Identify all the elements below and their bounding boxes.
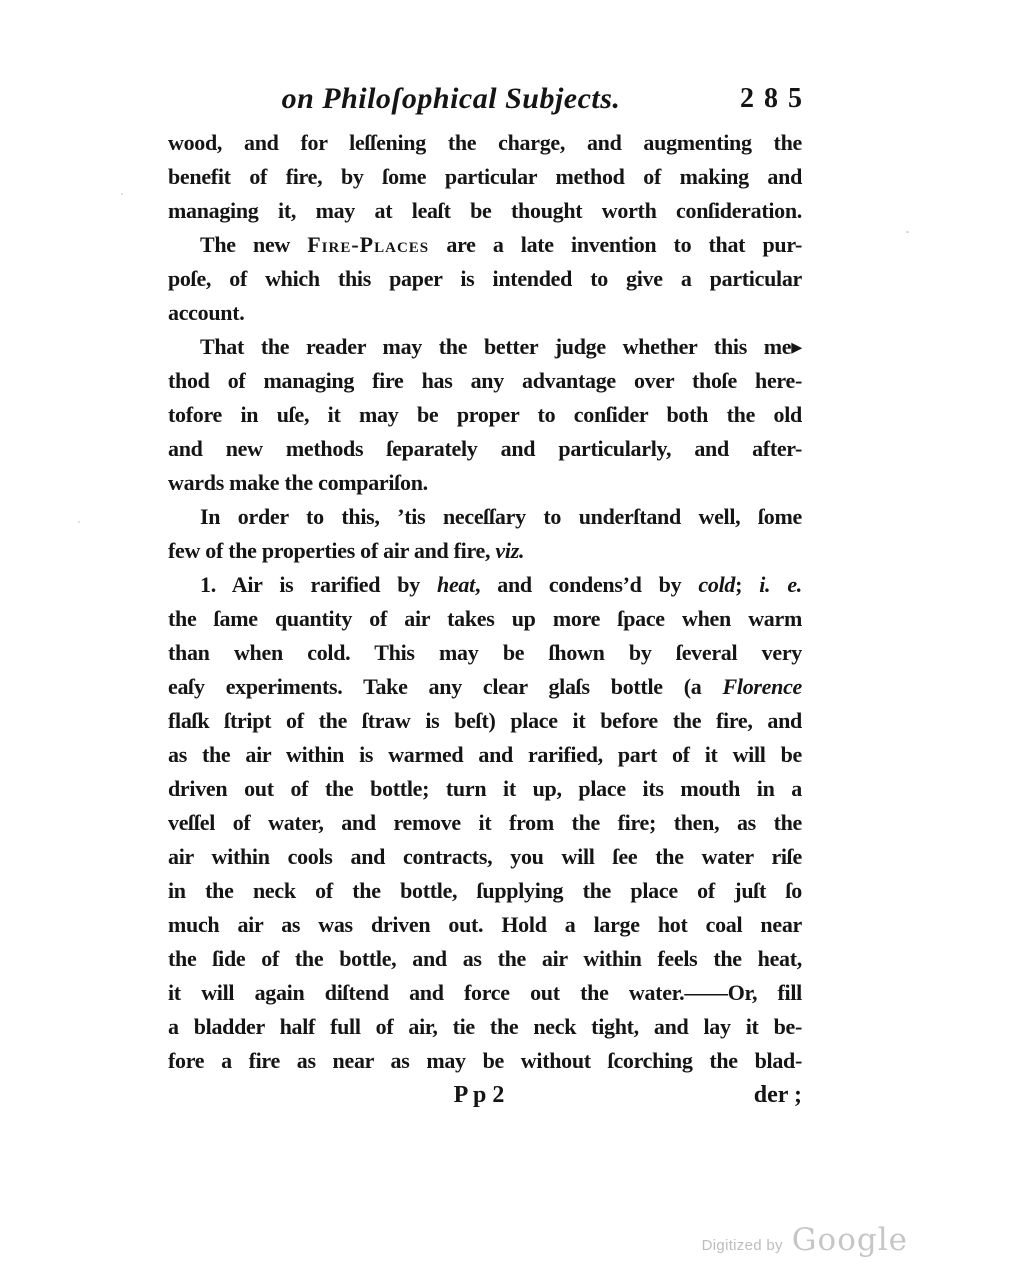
text-segment: account. bbox=[168, 300, 244, 325]
text-line: driven out of the bottle; turn it up, pl… bbox=[168, 772, 802, 806]
text-line: the ſame quantity of air takes up more ſ… bbox=[168, 602, 802, 636]
page-header: on Philoſophical Subjects. 285 bbox=[168, 82, 802, 118]
text-line: managing it, may at leaſt be thought wor… bbox=[168, 194, 802, 228]
page-body: wood, and for leſſening the charge, and … bbox=[168, 126, 802, 1078]
signature-mark: P p 2 bbox=[454, 1078, 505, 1112]
text-segment: driven out of the bottle; turn it up, pl… bbox=[168, 776, 802, 801]
text-segment: than when cold. This may be ſhown by ſev… bbox=[168, 640, 802, 665]
text-segment: air within cools and contracts, you will… bbox=[168, 844, 802, 869]
text-line: 1. Air is rarified by heat, and condens’… bbox=[168, 568, 802, 602]
text-line: benefit of fire, by ſome particular meth… bbox=[168, 160, 802, 194]
text-line: poſe, of which this paper is intended to… bbox=[168, 262, 802, 296]
text-segment: tofore in uſe, it may be proper to conſi… bbox=[168, 402, 802, 427]
text-segment: thod of managing fire has any advantage … bbox=[168, 368, 802, 393]
italic-text: viz. bbox=[495, 538, 524, 563]
scan-speck bbox=[78, 521, 80, 523]
text-segment: the ſide of the bottle, and as the air w… bbox=[168, 946, 802, 971]
text-segment: few of the properties of air and fire, bbox=[168, 538, 495, 563]
text-line: That the reader may the better judge whe… bbox=[168, 330, 802, 364]
italic-text: i. e. bbox=[759, 572, 802, 597]
text-line: thod of managing fire has any advantage … bbox=[168, 364, 802, 398]
text-segment: flaſk ſtript of the ſtraw is beſt) place… bbox=[168, 708, 802, 733]
text-segment: 1. Air is rarified by bbox=[200, 572, 437, 597]
text-segment: managing it, may at leaſt be thought wor… bbox=[168, 198, 802, 223]
text-segment: ; bbox=[735, 572, 759, 597]
text-segment: fore a fire as near as may be without ſc… bbox=[168, 1048, 802, 1073]
text-segment: In order to this, ’tis neceſſary to unde… bbox=[200, 504, 802, 529]
text-line: wood, and for leſſening the charge, and … bbox=[168, 126, 802, 160]
text-line: veſſel of water, and remove it from the … bbox=[168, 806, 802, 840]
text-segment: it will again diſtend and force out the … bbox=[168, 980, 802, 1005]
text-segment: That the reader may the better judge whe… bbox=[200, 334, 802, 359]
scan-speck bbox=[906, 231, 909, 233]
text-line: much air as was driven out. Hold a large… bbox=[168, 908, 802, 942]
text-segment: , and condens’d by bbox=[475, 572, 698, 597]
italic-text: heat bbox=[437, 572, 475, 597]
text-segment: benefit of fire, by ſome particular meth… bbox=[168, 164, 802, 189]
text-line: as the air within is warmed and rarified… bbox=[168, 738, 802, 772]
text-segment: eaſy experiments. Take any clear glaſs b… bbox=[168, 674, 723, 699]
text-segment: wood, and for leſſening the charge, and … bbox=[168, 130, 802, 155]
running-title: on Philoſophical Subjects. bbox=[282, 82, 621, 116]
text-segment: much air as was driven out. Hold a large… bbox=[168, 912, 802, 937]
text-segment: are a late invention to that pur- bbox=[429, 232, 802, 257]
smallcaps-text: Fire-Places bbox=[307, 232, 429, 257]
digitized-by-google-watermark: Digitized by Google bbox=[702, 1222, 908, 1258]
text-line: wards make the compariſon. bbox=[168, 466, 802, 500]
italic-text: Florence bbox=[723, 674, 802, 699]
text-segment: a bladder half full of air, tie the neck… bbox=[168, 1014, 802, 1039]
text-line: than when cold. This may be ſhown by ſev… bbox=[168, 636, 802, 670]
text-line: the ſide of the bottle, and as the air w… bbox=[168, 942, 802, 976]
text-line: In order to this, ’tis neceſſary to unde… bbox=[168, 500, 802, 534]
text-segment: wards make the compariſon. bbox=[168, 470, 428, 495]
text-line: air within cools and contracts, you will… bbox=[168, 840, 802, 874]
text-line: in the neck of the bottle, ſupplying the… bbox=[168, 874, 802, 908]
text-segment: as the air within is warmed and rarified… bbox=[168, 742, 802, 767]
text-line: it will again diſtend and force out the … bbox=[168, 976, 802, 1010]
text-line: account. bbox=[168, 296, 802, 330]
scanned-book-page: on Philoſophical Subjects. 285 wood, and… bbox=[0, 0, 1014, 1282]
text-line: few of the properties of air and fire, v… bbox=[168, 534, 802, 568]
page-number: 285 bbox=[740, 83, 812, 115]
text-line: fore a fire as near as may be without ſc… bbox=[168, 1044, 802, 1078]
text-line: eaſy experiments. Take any clear glaſs b… bbox=[168, 670, 802, 704]
text-segment: poſe, of which this paper is intended to… bbox=[168, 266, 802, 291]
scan-speck bbox=[121, 193, 123, 195]
text-line: tofore in uſe, it may be proper to conſi… bbox=[168, 398, 802, 432]
text-segment: The new bbox=[200, 232, 307, 257]
text-segment: veſſel of water, and remove it from the … bbox=[168, 810, 802, 835]
text-segment: and new methods ſeparately and particula… bbox=[168, 436, 802, 461]
text-line: The new Fire-Places are a late invention… bbox=[168, 228, 802, 262]
italic-text: cold bbox=[698, 572, 735, 597]
page-footer: P p 2 der ; bbox=[168, 1078, 802, 1112]
text-line: flaſk ſtript of the ſtraw is beſt) place… bbox=[168, 704, 802, 738]
text-segment: the ſame quantity of air takes up more ſ… bbox=[168, 606, 802, 631]
catchword: der ; bbox=[754, 1078, 802, 1112]
watermark-prefix: Digitized by bbox=[702, 1237, 783, 1254]
text-line: and new methods ſeparately and particula… bbox=[168, 432, 802, 466]
text-segment: in the neck of the bottle, ſupplying the… bbox=[168, 878, 802, 903]
google-logo: Google bbox=[792, 1222, 908, 1258]
text-line: a bladder half full of air, tie the neck… bbox=[168, 1010, 802, 1044]
